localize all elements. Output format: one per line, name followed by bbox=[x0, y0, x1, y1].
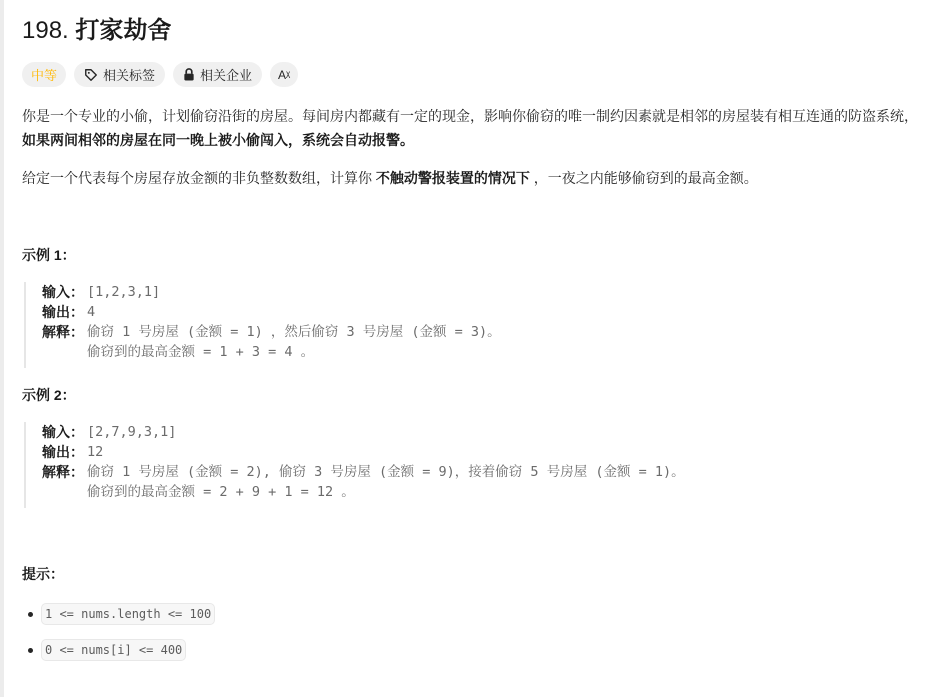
input-label: 输入： bbox=[42, 422, 87, 442]
example-explain-row-2: 偷窃到的最高金额 = 1 + 3 = 4 。 bbox=[42, 342, 501, 362]
constraint-item: 0 <= nums[i] <= 400 bbox=[28, 638, 215, 662]
difficulty-label: 中等 bbox=[31, 65, 57, 84]
related-companies-button[interactable]: 相关企业 bbox=[173, 62, 262, 87]
left-panel-border bbox=[0, 0, 4, 697]
output-value: 12 bbox=[87, 442, 103, 462]
output-value: 4 bbox=[87, 302, 95, 322]
constraints-list: 1 <= nums.length <= 100 0 <= nums[i] <= … bbox=[28, 602, 215, 674]
explain-value: 偷窃 1 号房屋 (金额 = 1) ，然后偷窃 3 号房屋 (金额 = 3)。 bbox=[87, 322, 501, 342]
tag-bar: 中等 相关标签 相关企业 Aᵡ bbox=[22, 62, 298, 87]
example-1-heading: 示例 1： bbox=[22, 245, 76, 265]
explain-value: 偷窃 1 号房屋 (金额 = 2), 偷窃 3 号房屋 (金额 = 9)，接着偷… bbox=[87, 462, 685, 482]
related-topics-label: 相关标签 bbox=[103, 65, 155, 84]
description-paragraph-1: 你是一个专业的小偷，计划偷窃沿街的房屋。每间房内都藏有一定的现金，影响你偷窃的唯… bbox=[22, 104, 922, 152]
example-explain-row: 解释： 偷窃 1 号房屋 (金额 = 2), 偷窃 3 号房屋 (金额 = 9)… bbox=[42, 462, 685, 482]
lock-icon bbox=[183, 68, 195, 81]
bullet-icon bbox=[28, 648, 33, 653]
problem-number: 198. bbox=[22, 17, 69, 44]
example-explain-row-2: 偷窃到的最高金额 = 2 + 9 + 1 = 12 。 bbox=[42, 482, 685, 502]
tag-icon bbox=[84, 68, 98, 82]
related-topics-button[interactable]: 相关标签 bbox=[74, 62, 165, 87]
explain-value: 偷窃到的最高金额 = 2 + 9 + 1 = 12 。 bbox=[87, 482, 355, 502]
explain-value: 偷窃到的最高金额 = 1 + 3 = 4 。 bbox=[87, 342, 314, 362]
related-companies-label: 相关企业 bbox=[200, 65, 252, 84]
description-emphasis: 如果两间相邻的房屋在同一晚上被小偷闯入，系统会自动报警 bbox=[22, 132, 400, 148]
example-2-heading: 示例 2： bbox=[22, 385, 76, 405]
description-paragraph-2: 给定一个代表每个房屋存放金额的非负整数数组，计算你 不触动警报装置的情况下 ，一… bbox=[22, 166, 922, 190]
example-output-row: 输出： 12 bbox=[42, 442, 685, 462]
description-text: ，一夜之内能够偷窃到的最高金额。 bbox=[530, 170, 758, 186]
example-output-row: 输出： 4 bbox=[42, 302, 501, 322]
constraint-code: 0 <= nums[i] <= 400 bbox=[41, 639, 186, 661]
output-label: 输出： bbox=[42, 442, 87, 462]
explain-label: 解释： bbox=[42, 462, 87, 482]
description-text: 给定一个代表每个房屋存放金额的非负整数数组，计算你 bbox=[22, 170, 376, 186]
constraints-heading: 提示： bbox=[22, 564, 64, 584]
example-input-row: 输入： [1,2,3,1] bbox=[42, 282, 501, 302]
translate-icon: Aᵡ bbox=[278, 68, 290, 82]
example-2-block: 输入： [2,7,9,3,1] 输出： 12 解释： 偷窃 1 号房屋 (金额 … bbox=[24, 422, 685, 508]
example-explain-row: 解释： 偷窃 1 号房屋 (金额 = 1) ，然后偷窃 3 号房屋 (金额 = … bbox=[42, 322, 501, 342]
input-value: [1,2,3,1] bbox=[87, 282, 160, 302]
difficulty-badge: 中等 bbox=[22, 62, 66, 87]
description-emphasis: 不触动警报装置的情况下 bbox=[376, 170, 530, 186]
description-text: 你是一个专业的小偷，计划偷窃沿街的房屋。每间房内都藏有一定的现金，影响你偷窃的唯… bbox=[22, 108, 918, 124]
example-1-block: 输入： [1,2,3,1] 输出： 4 解释： 偷窃 1 号房屋 (金额 = 1… bbox=[24, 282, 501, 368]
explain-label: 解释： bbox=[42, 322, 87, 342]
description-punct: 。 bbox=[400, 132, 414, 148]
translate-button[interactable]: Aᵡ bbox=[270, 62, 298, 87]
output-label: 输出： bbox=[42, 302, 87, 322]
example-input-row: 输入： [2,7,9,3,1] bbox=[42, 422, 685, 442]
constraint-item: 1 <= nums.length <= 100 bbox=[28, 602, 215, 626]
input-value: [2,7,9,3,1] bbox=[87, 422, 176, 442]
constraint-code: 1 <= nums.length <= 100 bbox=[41, 603, 215, 625]
bullet-icon bbox=[28, 612, 33, 617]
problem-name: 打家劫舍 bbox=[75, 17, 171, 44]
input-label: 输入： bbox=[42, 282, 87, 302]
problem-title: 198. 打家劫舍 bbox=[22, 14, 171, 48]
